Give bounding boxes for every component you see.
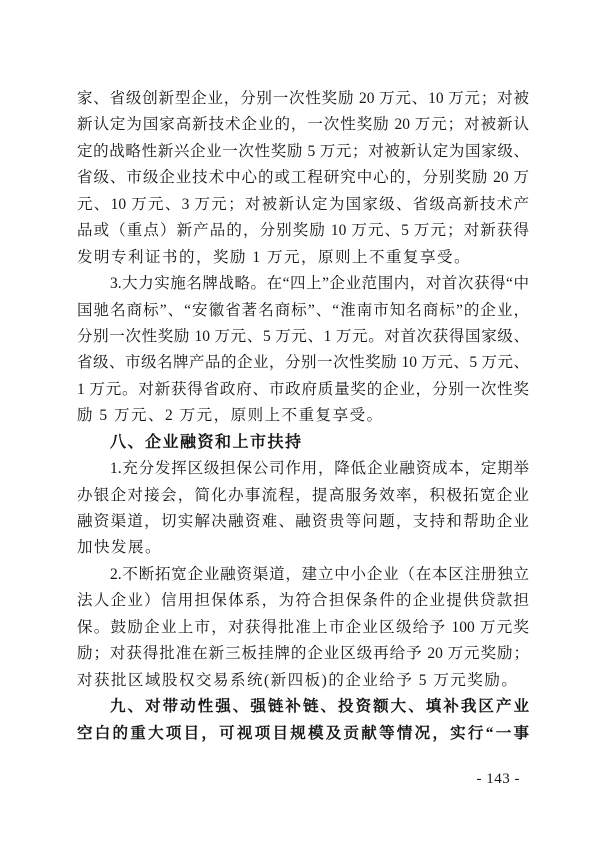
text-line: 对获批区域股权交易系统(新四板)的企业给予 5 万元奖励。 [77, 668, 529, 694]
page-number: - 143 - [477, 771, 521, 788]
text-line: 加快发展。 [77, 535, 529, 561]
text-line: 融资渠道，切实解决融资难、融资贵等问题，支持和帮助企业 [77, 509, 529, 535]
section-9-line: 九、对带动性强、强链补链、投资额大、填补我区产业 [77, 694, 529, 720]
section-8-heading: 八、企业融资和上市扶持 [77, 430, 529, 456]
text-line: 省级、市级企业技术中心的或工程研究中心的，分别奖励 20 万 [77, 165, 529, 191]
document-page: 家、省级创新型企业，分别一次性奖励 20 万元、10 万元；对被 新认定为国家高… [0, 0, 600, 847]
text-line: 分别一次性奖励 10 万元、5 万元、1 万元。对首次获得国家级、 [77, 324, 529, 350]
text-line: 1 万元。对新获得省政府、市政府质量奖的企业，分别一次性奖 [77, 377, 529, 403]
text-line: 发明专利证书的，奖励 1 万元，原则上不重复享受。 [77, 245, 529, 271]
text-line: 省级、市级名牌产品的企业，分别一次性奖励 10 万元、5 万元、 [77, 350, 529, 376]
text-line: 励 5 万元、2 万元，原则上不重复享受。 [77, 403, 529, 429]
section-9-line: 空白的重大项目，可视项目规模及贡献等情况，实行“一事 [77, 721, 529, 747]
text-line: 1.充分发挥区级担保公司作用，降低企业融资成本，定期举 [77, 456, 529, 482]
text-line: 家、省级创新型企业，分别一次性奖励 20 万元、10 万元；对被 [77, 86, 529, 112]
text-line: 办银企对接会，简化办事流程，提高服务效率，积极拓宽企业 [77, 483, 529, 509]
text-line: 3.大力实施名牌战略。在“四上”企业范围内，对首次获得“中 [77, 271, 529, 297]
text-line: 保。鼓励企业上市，对获得批准上市企业区级给予 100 万元奖 [77, 615, 529, 641]
text-line: 励；对获得批准在新三板挂牌的企业区级再给予 20 万元奖励； [77, 641, 529, 667]
text-line: 法人企业）信用担保体系，为符合担保条件的企业提供贷款担 [77, 588, 529, 614]
text-line: 2.不断拓宽企业融资渠道，建立中小企业（在本区注册独立 [77, 562, 529, 588]
text-line: 新认定为国家高新技术企业的，一次性奖励 20 万元；对被新认 [77, 112, 529, 138]
text-line: 定的战略性新兴企业一次性奖励 5 万元；对被新认定为国家级、 [77, 139, 529, 165]
text-line: 国驰名商标”、“安徽省著名商标”、“淮南市知名商标”的企业， [77, 298, 529, 324]
text-line: 品或（重点）新产品的，分别奖励 10 万元、5 万元；对新获得 [77, 218, 529, 244]
document-text-block: 家、省级创新型企业，分别一次性奖励 20 万元、10 万元；对被 新认定为国家高… [77, 86, 529, 747]
text-line: 元、10 万元、3 万元；对被新认定为国家级、省级高新技术产 [77, 192, 529, 218]
